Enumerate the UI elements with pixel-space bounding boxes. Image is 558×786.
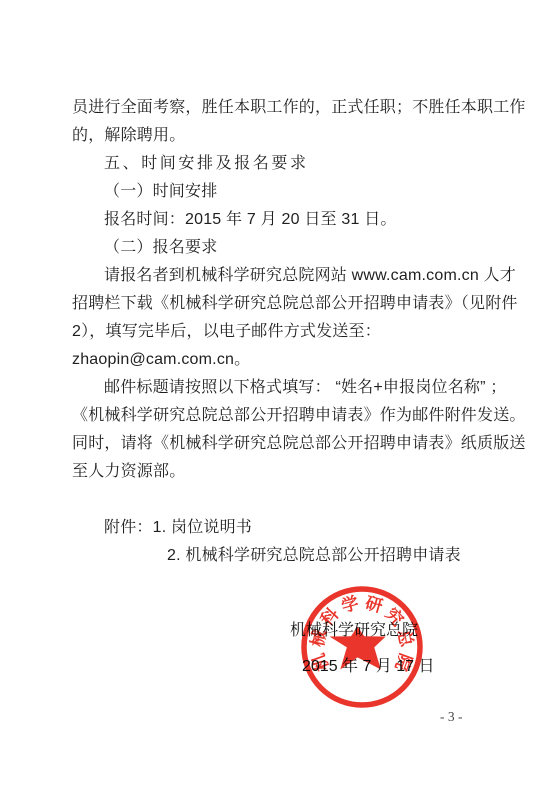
document-page: 员进行全面考察，胜任本职工作的，正式任职；不胜任本职工作 的，解除聘用。 五、时… [0,0,558,786]
seal-char: 学 [339,592,361,616]
official-seal-stamp-icon: 机 械 科 学 研 究 总 院 [296,581,428,713]
body-line: 《机械科学研究总院总部公开招聘申请表》作为邮件附件发送。 [72,402,532,430]
document-body: 员进行全面考察，胜任本职工作的，正式任职；不胜任本职工作 的，解除聘用。 五、时… [72,94,532,570]
seal-star-icon [330,627,386,670]
body-line: 招聘栏下载《机械科学研究总院总部公开招聘申请表》（见附件 [72,290,532,318]
body-line: 的，解除聘用。 [72,122,532,150]
seal-char: 研 [363,593,385,616]
body-line: 员进行全面考察，胜任本职工作的，正式任职；不胜任本职工作 [72,94,532,122]
subsection-heading: （二）报名要求 [72,234,532,262]
body-line: 2），填写完毕后，以电子邮件方式发送至： [72,318,532,346]
blank-line [72,486,532,514]
page-number: - 3 - [440,709,463,725]
attachment-item-1: 附件：1. 岗位说明书 [72,514,532,542]
body-line: 报名时间：2015 年 7 月 20 日至 31 日。 [72,206,532,234]
section-heading: 五、时间安排及报名要求 [72,150,532,178]
email-address: zhaopin@cam.com.cn。 [72,346,532,374]
seal-char: 总 [394,628,417,650]
body-line: 至人力资源部。 [72,458,532,486]
subsection-heading: （一）时间安排 [72,178,532,206]
body-line: 请报名者到机械科学研究总院网站 www.cam.com.cn 人才 [72,262,532,290]
seal-char: 械 [307,627,330,649]
body-line: 同时，请将《机械科学研究总院总部公开招聘申请表》纸质版送 [72,430,532,458]
body-line: 邮件标题请按照以下格式填写： “姓名+申报岗位名称” ； [72,374,532,402]
attachment-item-2: 2. 机械科学研究总院总部公开招聘申请表 [72,542,532,570]
